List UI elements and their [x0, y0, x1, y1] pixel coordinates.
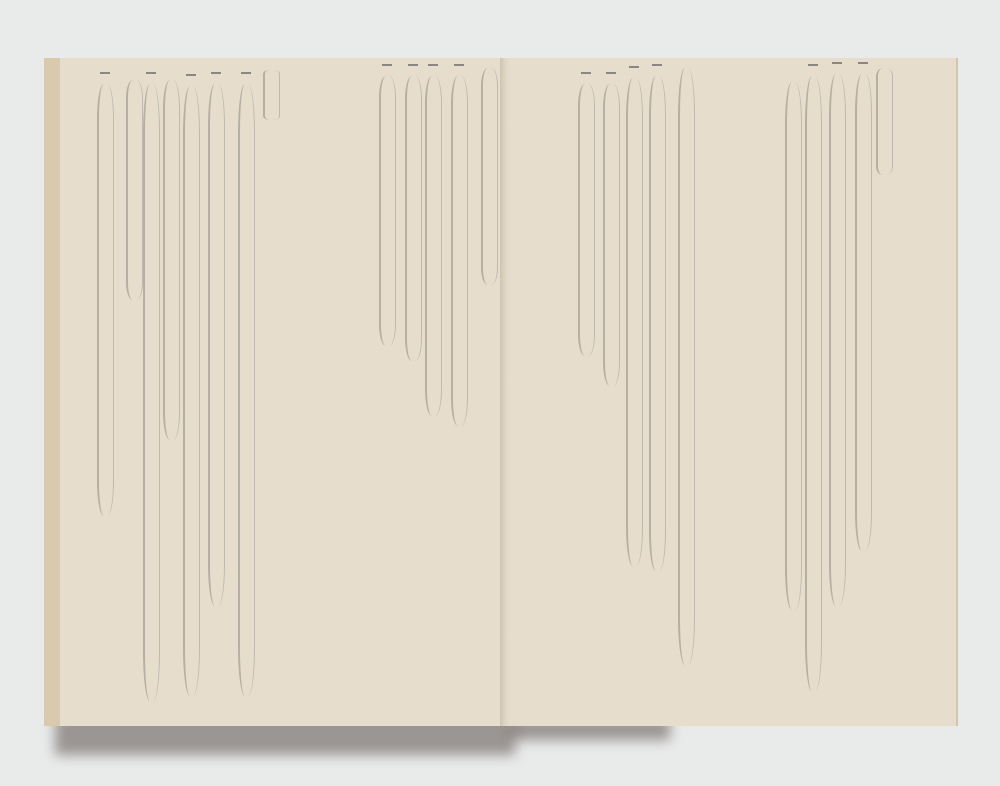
handwritten-column	[855, 74, 872, 551]
list-dash-mark	[100, 72, 110, 74]
list-dash-mark	[581, 72, 591, 74]
list-dash-mark	[186, 74, 196, 76]
list-dash-mark	[629, 66, 639, 68]
handwritten-column	[805, 76, 822, 691]
handwritten-column	[97, 84, 114, 516]
list-dash-mark	[428, 64, 438, 66]
handwritten-column	[785, 82, 802, 610]
handwritten-column	[405, 76, 422, 361]
handwritten-column	[183, 86, 200, 696]
handwritten-column	[425, 76, 442, 416]
handwritten-column	[603, 84, 620, 386]
handwritten-column	[263, 70, 280, 120]
list-dash-mark	[606, 72, 616, 74]
list-dash-mark	[211, 72, 221, 74]
list-dash-mark	[858, 62, 868, 64]
list-dash-mark	[241, 72, 251, 74]
handwritten-column	[451, 76, 468, 426]
handwritten-column	[481, 68, 498, 285]
handwritten-column	[163, 80, 180, 440]
list-dash-mark	[808, 64, 818, 66]
handwritten-column	[876, 68, 893, 175]
handwritten-column	[678, 68, 695, 665]
list-dash-mark	[382, 64, 392, 66]
list-dash-mark	[146, 72, 156, 74]
handwritten-column	[143, 84, 160, 701]
list-dash-mark	[408, 64, 418, 66]
list-dash-mark	[832, 62, 842, 64]
spine-gutter	[500, 58, 510, 726]
handwritten-column	[126, 80, 143, 300]
handwritten-column	[829, 74, 846, 606]
list-dash-mark	[652, 64, 662, 66]
list-dash-mark	[454, 64, 464, 66]
handwritten-column	[649, 76, 666, 571]
handwritten-column	[238, 84, 255, 696]
handwritten-column	[208, 84, 225, 606]
handwritten-column	[578, 84, 595, 356]
handwritten-column	[379, 76, 396, 346]
handwritten-column	[626, 78, 643, 566]
